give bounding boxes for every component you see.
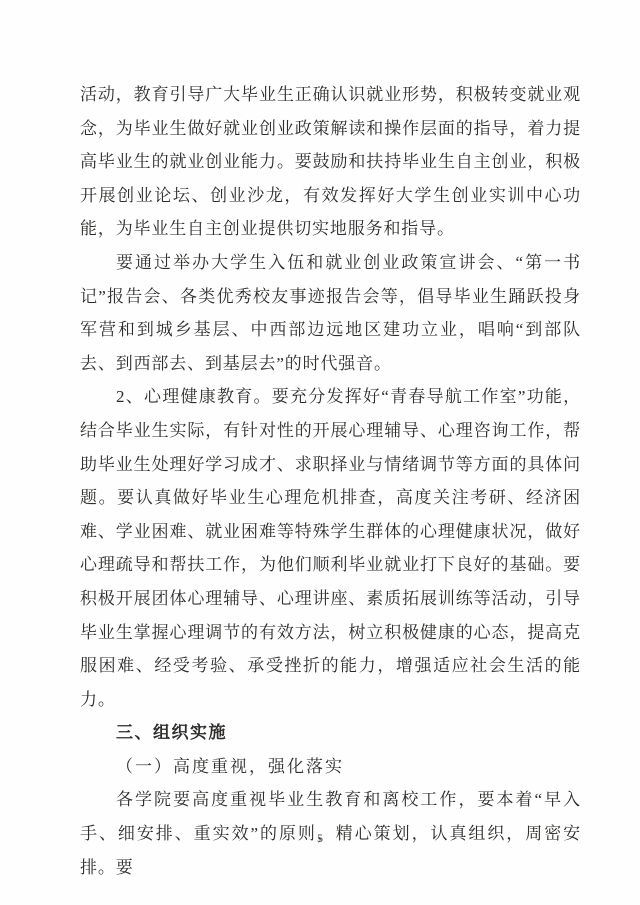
body-paragraph: 2、心理健康教育。要充分发挥好“青春导航工作室”功能，结合毕业生实际，有针对性的… [80,380,581,716]
subsection-heading: （一）高度重视，强化落实 [80,750,581,784]
page-body: 活动，教育引导广大毕业生正确认识就业形势，积极转变就业观念，为毕业生做好就业创业… [80,78,581,884]
body-paragraph: 要通过举办大学生入伍和就业创业政策宣讲会、“第一书记”报告会、各类优秀校友事迹报… [80,246,581,380]
section-heading: 三、组织实施 [80,716,581,750]
document-page: { "document": { "page_number": "5", "sec… [0,0,640,905]
body-paragraph-continuation: 活动，教育引导广大毕业生正确认识就业形势，积极转变就业观念，为毕业生做好就业创业… [80,78,581,246]
page-number: 5 [0,831,640,846]
